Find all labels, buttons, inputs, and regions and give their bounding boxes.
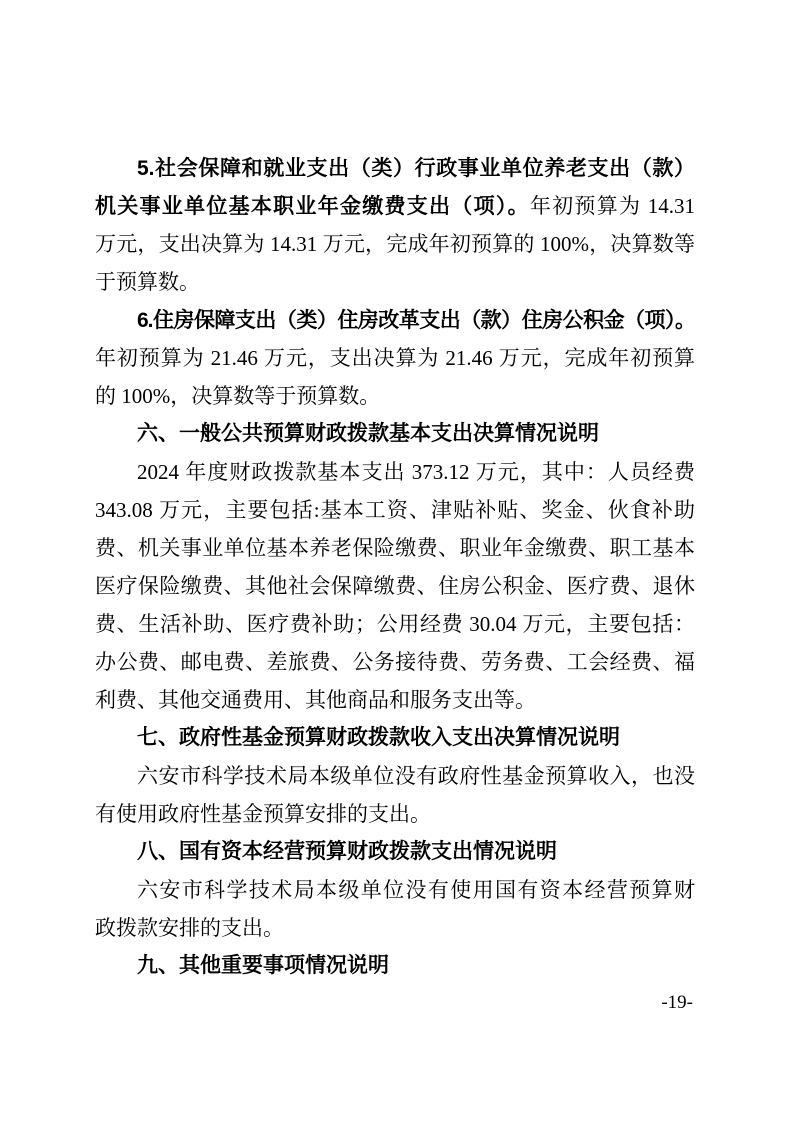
bold-text-segment: 5.社会保障和就业支出（类）行政事业单位养老支出（款） (137, 157, 695, 180)
text-line: 医疗保险缴费、其他社会保障缴费、住房公积金、医疗费、退休 (95, 567, 695, 605)
section-heading: 七、政府性基金预算财政拨款收入支出决算情况说明 (95, 719, 695, 757)
text-line: 费、生活补助、医疗费补助；公用经费 30.04 万元，主要包括： (95, 605, 695, 643)
text-segment: 2024 年度财政拨款基本支出 373.12 万元，其中：人员经费 (137, 460, 695, 484)
text-segment: 343.08 万元，主要包括:基本工资、津贴补贴、奖金、伙食补助 (95, 498, 695, 522)
bold-text-segment: 六、一般公共预算财政拨款基本支出决算情况说明 (137, 422, 599, 445)
text-line: 年初预算为 21.46 万元，支出决算为 21.46 万元，完成年初预算 (95, 339, 695, 377)
text-segment: 利费、其他交通费用、其他商品和服务支出等。 (95, 688, 536, 712)
page-number: -19- (661, 992, 693, 1014)
text-segment: 办公费、邮电费、差旅费、公务接待费、劳务费、工会经费、福 (95, 650, 695, 674)
text-line: 政拨款安排的支出。 (95, 909, 695, 947)
text-segment: 六安市科学技术局本级单位没有政府性基金预算收入，也没 (137, 764, 695, 788)
text-segment: 于预算数。 (95, 270, 200, 294)
text-line: 6.住房保障支出（类）住房改革支出（款）住房公积金（项）。 (95, 301, 695, 339)
text-line: 万元，支出决算为 14.31 万元，完成年初预算的 100%，决算数等 (95, 225, 695, 263)
text-segment: 万元，支出决算为 14.31 万元，完成年初预算的 100%，决算数等 (95, 232, 695, 256)
text-line: 利费、其他交通费用、其他商品和服务支出等。 (95, 681, 695, 719)
bold-text-segment: 九、其他重要事项情况说明 (137, 954, 389, 977)
text-line: 2024 年度财政拨款基本支出 373.12 万元，其中：人员经费 (95, 453, 695, 491)
text-segment: 年初预算为 14.31 (530, 194, 695, 218)
section-heading: 六、一般公共预算财政拨款基本支出决算情况说明 (95, 415, 695, 453)
text-line: 的 100%，决算数等于预算数。 (95, 377, 695, 415)
text-line: 于预算数。 (95, 263, 695, 301)
text-line: 办公费、邮电费、差旅费、公务接待费、劳务费、工会经费、福 (95, 643, 695, 681)
text-segment: 有使用政府性基金预算安排的支出。 (95, 802, 431, 826)
bold-text-segment: 机关事业单位基本职业年金缴费支出（项）。 (95, 195, 530, 218)
text-segment: 医疗保险缴费、其他社会保障缴费、住房公积金、医疗费、退休 (95, 574, 695, 598)
text-line: 六安市科学技术局本级单位没有政府性基金预算收入，也没 (95, 757, 695, 795)
text-line: 费、机关事业单位基本养老保险缴费、职业年金缴费、职工基本 (95, 529, 695, 567)
text-line: 343.08 万元，主要包括:基本工资、津贴补贴、奖金、伙食补助 (95, 491, 695, 529)
text-line: 机关事业单位基本职业年金缴费支出（项）。年初预算为 14.31 (95, 187, 695, 225)
bold-text-segment: 八、国有资本经营预算财政拨款支出情况说明 (137, 840, 557, 863)
document-content: 5.社会保障和就业支出（类）行政事业单位养老支出（款）机关事业单位基本职业年金缴… (95, 149, 695, 985)
text-segment: 年初预算为 21.46 万元，支出决算为 21.46 万元，完成年初预算 (95, 346, 695, 370)
section-heading: 九、其他重要事项情况说明 (95, 947, 695, 985)
document-page: 5.社会保障和就业支出（类）行政事业单位养老支出（款）机关事业单位基本职业年金缴… (0, 0, 793, 1122)
text-line: 有使用政府性基金预算安排的支出。 (95, 795, 695, 833)
text-segment: 政拨款安排的支出。 (95, 916, 284, 940)
section-heading: 八、国有资本经营预算财政拨款支出情况说明 (95, 833, 695, 871)
text-segment: 的 100%，决算数等于预算数。 (95, 384, 380, 408)
bold-text-segment: 6.住房保障支出（类）住房改革支出（款）住房公积金（项）。 (137, 309, 695, 332)
text-segment: 费、生活补助、医疗费补助；公用经费 30.04 万元，主要包括： (95, 612, 695, 636)
text-line: 5.社会保障和就业支出（类）行政事业单位养老支出（款） (95, 149, 695, 187)
text-segment: 费、机关事业单位基本养老保险缴费、职业年金缴费、职工基本 (95, 536, 695, 560)
text-segment: 六安市科学技术局本级单位没有使用国有资本经营预算财 (137, 878, 695, 902)
text-line: 六安市科学技术局本级单位没有使用国有资本经营预算财 (95, 871, 695, 909)
bold-text-segment: 七、政府性基金预算财政拨款收入支出决算情况说明 (137, 726, 620, 749)
